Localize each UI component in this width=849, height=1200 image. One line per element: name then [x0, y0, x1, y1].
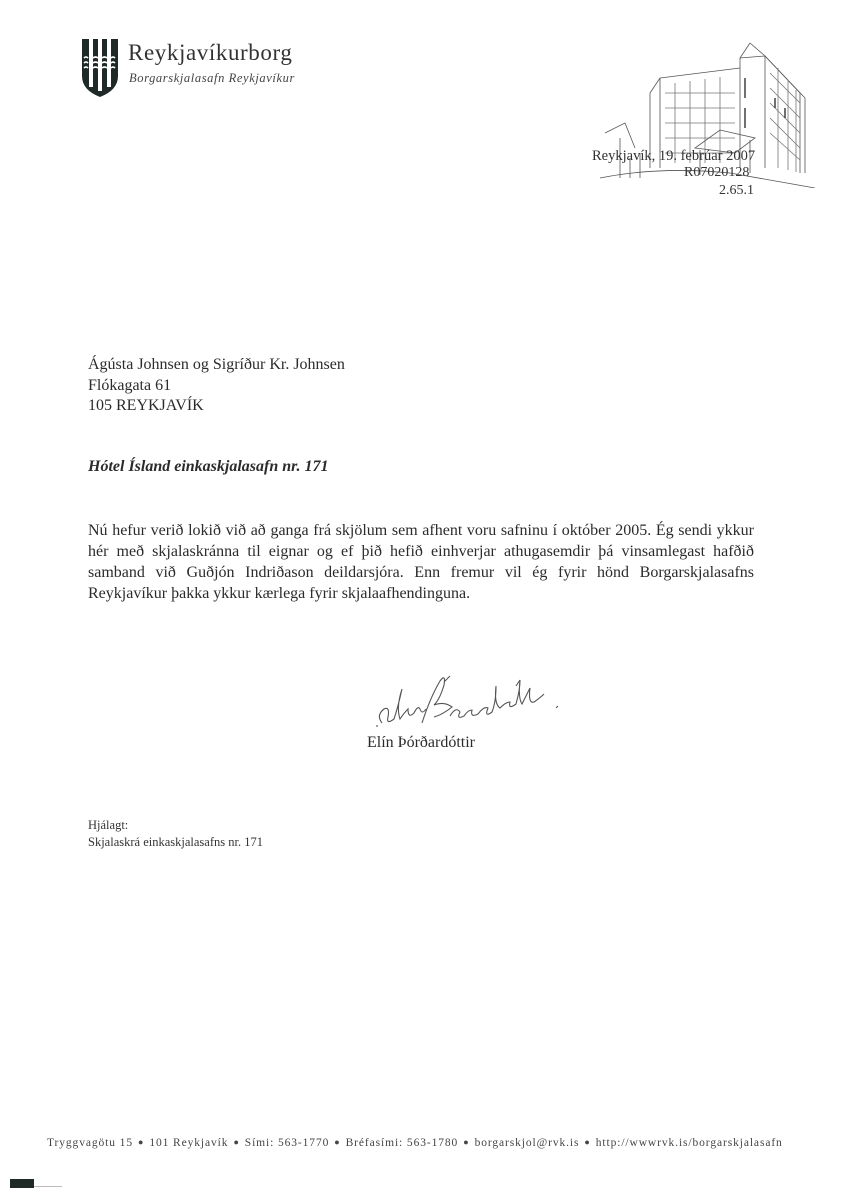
corner-mark: [10, 1179, 34, 1188]
recipient-name: Ágústa Johnsen og Sigríður Kr. Johnsen: [88, 355, 345, 376]
bullet-icon: ●: [334, 1137, 340, 1147]
org-subtitle: Borgarskjalasafn Reykjavíkur: [129, 71, 295, 86]
recipient-city: 105 REYKJAVÍK: [88, 396, 345, 417]
coat-of-arms-icon: [81, 38, 119, 98]
enclosure: Hjálagt: Skjalaskrá einkaskjalasafns nr.…: [88, 817, 263, 851]
letter-subject: Hótel Ísland einkaskjalasafn nr. 171: [88, 458, 329, 476]
letter-body: Nú hefur verið lokið við að ganga frá sk…: [88, 520, 754, 604]
classification-code: 2.65.1: [719, 183, 754, 199]
reference-number: R07020128: [684, 165, 749, 181]
letter-date: Reykjavík, 19. febrúar 2007: [592, 148, 755, 165]
handwritten-signature-icon: [360, 668, 600, 738]
footer-email[interactable]: borgarskjol@rvk.is: [475, 1137, 580, 1149]
recipient-street: Flókagata 61: [88, 376, 345, 397]
footer-fax: Bréfasími: 563-1780: [346, 1137, 459, 1149]
corner-mark-line: [34, 1186, 62, 1187]
enclosure-item: Skjalaskrá einkaskjalasafns nr. 171: [88, 834, 263, 851]
enclosure-label: Hjálagt:: [88, 817, 263, 834]
letter-footer: Tryggvagötu 15●101 Reykjavík●Sími: 563-1…: [47, 1137, 783, 1149]
bullet-icon: ●: [463, 1137, 469, 1147]
footer-phone: Sími: 563-1770: [245, 1137, 329, 1149]
org-name: Reykjavíkurborg: [128, 40, 292, 66]
bullet-icon: ●: [138, 1137, 144, 1147]
footer-address: Tryggvagötu 15: [47, 1137, 133, 1149]
recipient-address: Ágústa Johnsen og Sigríður Kr. Johnsen F…: [88, 355, 345, 417]
bullet-icon: ●: [584, 1137, 590, 1147]
signer-name: Elín Þórðardóttir: [367, 734, 475, 752]
bullet-icon: ●: [233, 1137, 239, 1147]
footer-website[interactable]: http://wwwrvk.is/borgarskjalasafn: [596, 1137, 783, 1149]
footer-postcode: 101 Reykjavík: [149, 1137, 228, 1149]
